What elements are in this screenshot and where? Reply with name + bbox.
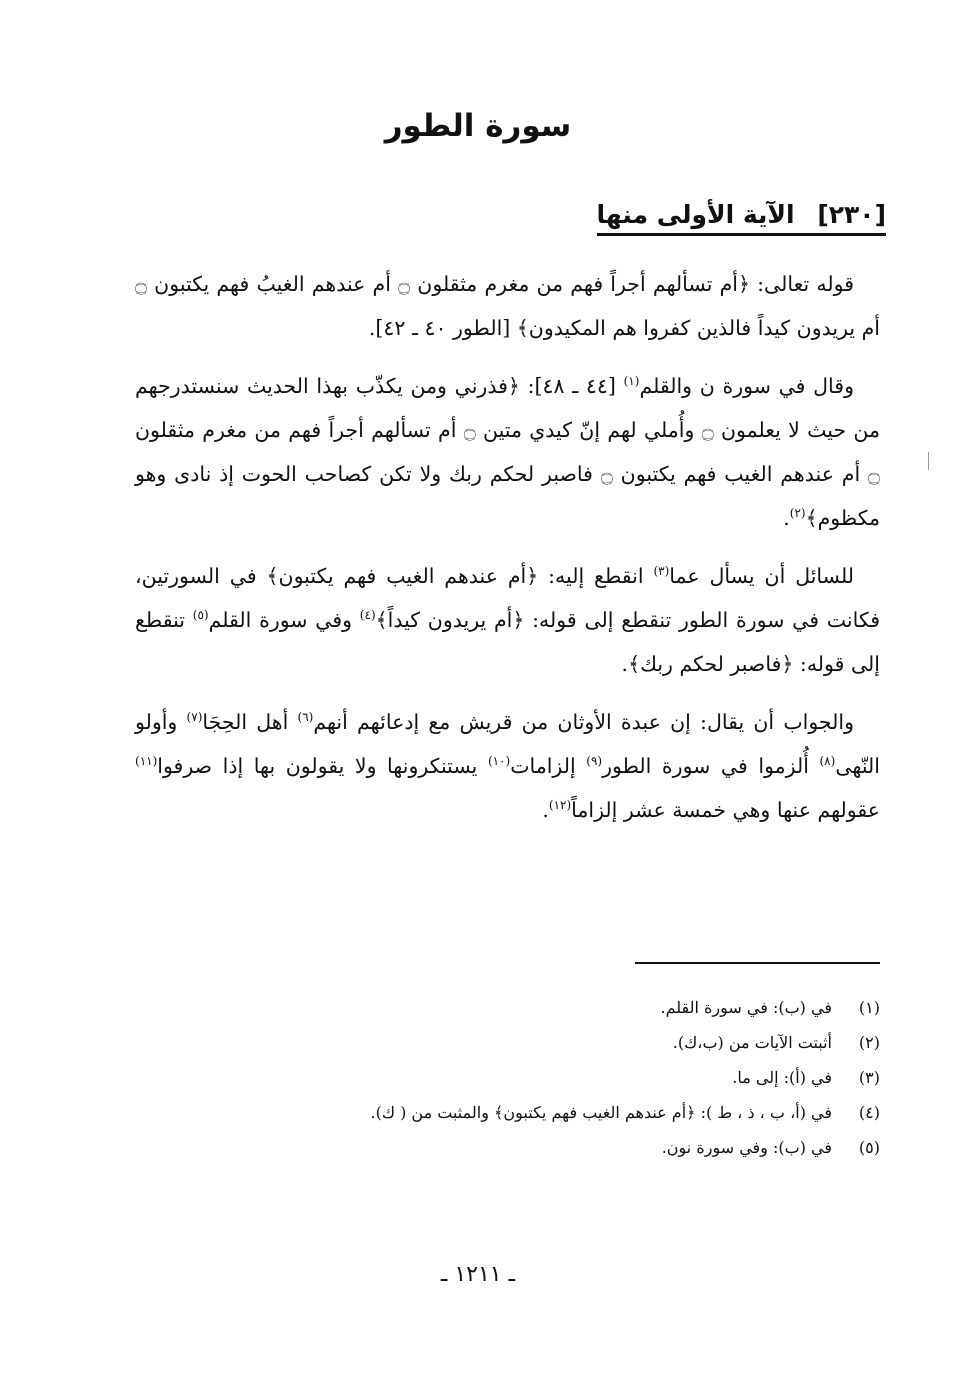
footnote-item: (١) في (ب): في سورة القلم. [135, 990, 880, 1025]
footnote-ref-3[interactable]: (٣) [653, 564, 669, 578]
footnote-ref-12[interactable]: (١٢) [549, 798, 571, 812]
footnote-ref-2[interactable]: (٢) [790, 506, 806, 520]
footnote-text: في (ب): وفي سورة نون. [662, 1130, 832, 1165]
section-title: الآية الأولى منها [597, 200, 795, 229]
footnote-text: في (أ): إلى ما. [732, 1060, 832, 1095]
footnote-ref-9[interactable]: (٩) [586, 754, 602, 768]
paragraph-4: والجواب أن يقال: إن عبدة الأوثان من قريش… [135, 700, 880, 832]
body-text: قوله تعالى: ﴿أم تسألهم أجراً فهم من مغرم… [135, 262, 880, 846]
footnote-number: (٢) [832, 1025, 880, 1060]
paragraph-1: قوله تعالى: ﴿أم تسألهم أجراً فهم من مغرم… [135, 262, 880, 350]
footnote-ref-7[interactable]: (٧) [187, 710, 203, 724]
footnote-item: (٤) في (أ، ب ، ذ ، ط ): ﴿أم عندهم الغيب … [135, 1095, 880, 1130]
section-number: [٢٣٠] [817, 200, 886, 229]
footnote-text: أثبتت الآيات من (ب،ك). [673, 1025, 832, 1060]
footnotes: (١) في (ب): في سورة القلم. (٢) أثبتت الآ… [135, 990, 880, 1165]
footnote-item: (٣) في (أ): إلى ما. [135, 1060, 880, 1095]
paragraph-3: للسائل أن يسأل عما(٣) انقطع إليه: ﴿أم عن… [135, 554, 880, 686]
footnote-ref-6[interactable]: (٦) [298, 710, 314, 724]
footnote-ref-1[interactable]: (١) [624, 374, 640, 388]
page-number: ـ ١٢١١ ـ [0, 1262, 956, 1287]
footnote-number: (١) [832, 990, 880, 1025]
surah-title: سورة الطور [0, 108, 956, 144]
scan-artifact [928, 452, 929, 470]
footnote-item: (٢) أثبتت الآيات من (ب،ك). [135, 1025, 880, 1060]
footnote-text: في (أ، ب ، ذ ، ط ): ﴿أم عندهم الغيب فهم … [371, 1095, 833, 1130]
footnote-number: (٥) [832, 1130, 880, 1165]
footnote-ref-11[interactable]: (١١) [135, 754, 157, 768]
footnote-text: في (ب): في سورة القلم. [661, 990, 832, 1025]
section-heading: [٢٣٠] الآية الأولى منها [597, 200, 887, 236]
footnote-ref-8[interactable]: (٨) [819, 754, 835, 768]
footnote-ref-10[interactable]: (١٠) [488, 754, 510, 768]
footnote-ref-4[interactable]: (٤) [360, 608, 376, 622]
footnote-number: (٤) [832, 1095, 880, 1130]
paragraph-2: وقال في سورة ن والقلم(١) [٤٤ ـ ٤٨]: ﴿فذر… [135, 364, 880, 540]
footnote-ref-5[interactable]: (٥) [193, 608, 209, 622]
footnote-item: (٥) في (ب): وفي سورة نون. [135, 1130, 880, 1165]
footnote-divider [635, 962, 880, 964]
footnote-number: (٣) [832, 1060, 880, 1095]
document-page: سورة الطور [٢٣٠] الآية الأولى منها قوله … [0, 0, 956, 1382]
